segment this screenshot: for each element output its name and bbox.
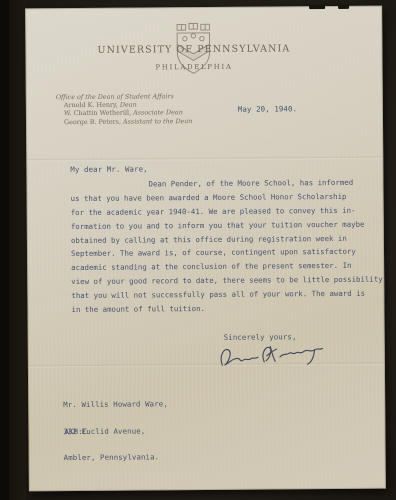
assistant-title: Assistant to the Dean <box>123 117 192 126</box>
letterhead-city: PHILADELPHIA <box>26 62 363 73</box>
associate-dean-title: Associate Dean <box>133 109 183 117</box>
album-page: { "colors": { "background": "#221e17", "… <box>0 0 396 500</box>
letter-date: May 20, 1940. <box>238 104 297 113</box>
office-title: Office of the Dean of Student Affairs <box>56 92 174 101</box>
signature-arnold-k-henry <box>211 337 331 374</box>
fold-crease <box>26 156 383 163</box>
associate-dean-name: W. Chattin Wetherill, <box>64 109 133 118</box>
dean-name: Arnold K. Henry, <box>64 101 120 109</box>
mounting-mark <box>338 5 349 9</box>
fold-crease <box>28 362 385 369</box>
letter-body: Dean Pender, of the Moore School, has in… <box>70 178 383 319</box>
recipient-line: Mr. Willis Howard Ware, <box>63 399 168 408</box>
mounting-mark <box>309 5 325 9</box>
album-binding-edge <box>0 0 9 500</box>
typist-initials: AKH:C <box>64 427 87 436</box>
body-line: in the amount of full tuition. <box>71 303 383 319</box>
recipient-line: Ambler, Pennsylvania. <box>64 452 169 461</box>
dean-title: Dean <box>120 101 137 109</box>
letterhead-university-name: UNIVERSITY OF PENNSYLVANIA <box>25 43 362 57</box>
office-block: Office of the Dean of Student Affairs Ar… <box>56 92 193 126</box>
assistant-name: George B. Peters, <box>64 117 123 125</box>
album-binding-shadow <box>9 0 26 500</box>
letter-paper: UNIVERSITY OF PENNSYLVANIA PHILADELPHIA … <box>25 6 386 492</box>
office-line: George B. Peters, Assistant to the Dean <box>56 117 192 126</box>
salutation: My dear Mr. Ware, <box>70 164 147 174</box>
